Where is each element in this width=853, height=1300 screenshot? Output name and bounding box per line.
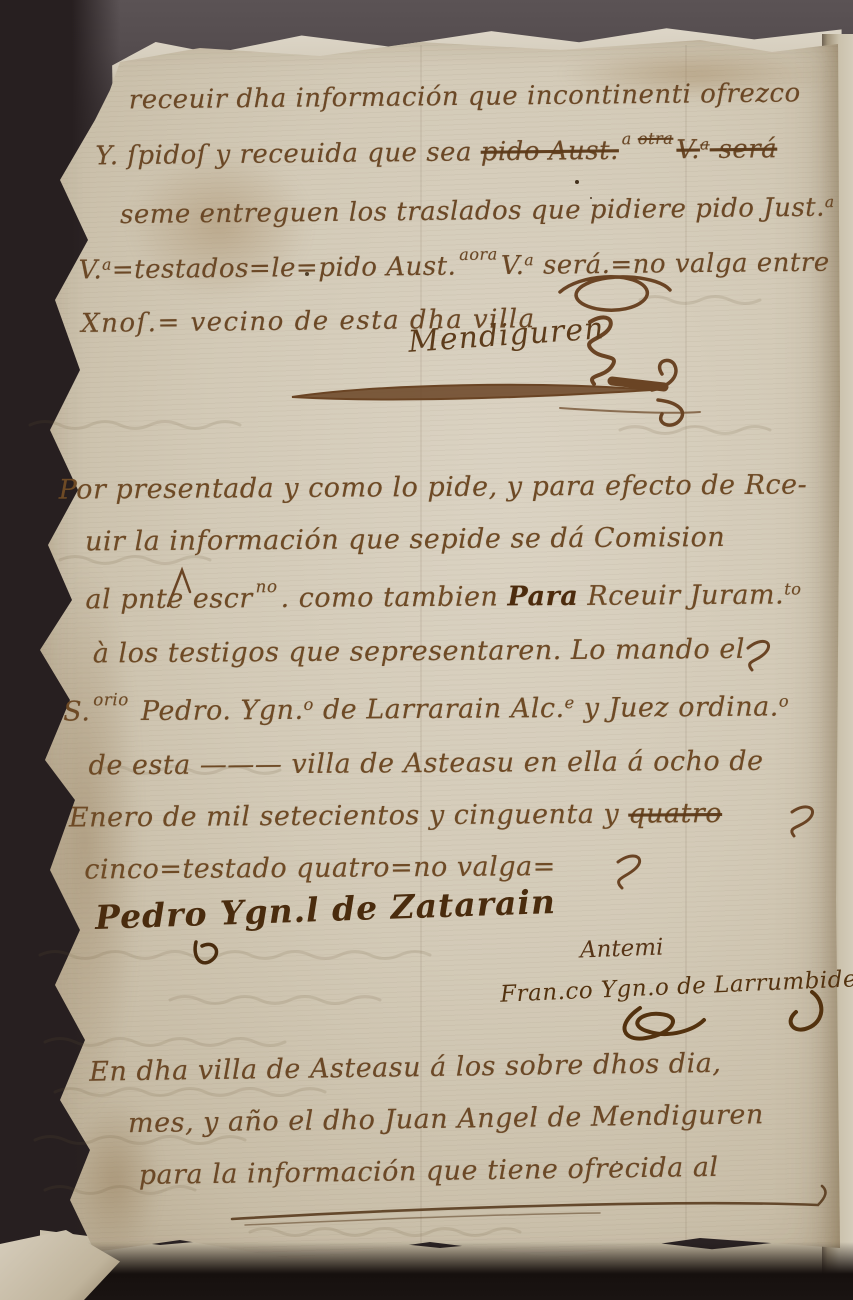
mendiguren-long-stroke bbox=[292, 385, 652, 400]
manuscript-text: seme entreguen los traslados que pidiere… bbox=[120, 192, 825, 229]
manuscript-line: Y. ſpidoſ y receuida que sea pido Aust.a… bbox=[95, 118, 834, 184]
manuscript-line: Enero de mil setecientos y cinguenta y q… bbox=[69, 787, 810, 844]
mendiguren-tail-curl bbox=[652, 360, 683, 425]
manuscript-text: Enero de mil setecientos y cinguenta y bbox=[69, 798, 629, 833]
manuscript-text: receuir dha información que incontinenti… bbox=[129, 78, 801, 115]
manuscript-line: uir la información que sepide se dá Comi… bbox=[85, 511, 808, 568]
manuscript-text: mes, y año el dho Juan Angel de Mendigur… bbox=[128, 1099, 764, 1139]
manuscript-text: para la información que tiene ofrecida a… bbox=[139, 1152, 719, 1191]
manuscript-text: a bbox=[524, 251, 534, 269]
manuscript-text: Pedro. Ygn. bbox=[132, 695, 304, 727]
manuscript-line: al pnte escrno. como tambien Para Rceuir… bbox=[85, 563, 808, 628]
manuscript-text: será.=no valga entre bbox=[534, 248, 830, 281]
manuscript-text: a bbox=[102, 256, 112, 274]
ante-mi-attestation: Antemi bbox=[580, 935, 664, 964]
manuscript-text: à los testigos que sepresentaren. Lo man… bbox=[93, 634, 745, 670]
shadow-under-page bbox=[0, 1242, 853, 1300]
struck-out-text: quatro bbox=[628, 798, 722, 830]
manuscript-text: de esta ——— villa de Asteasu en ella á o… bbox=[88, 746, 763, 782]
manuscript-text: S. bbox=[63, 696, 90, 727]
manuscript-text: Para bbox=[507, 581, 578, 612]
manuscript-text: En dha villa de Asteasu á los sobre dhos… bbox=[89, 1048, 722, 1088]
manuscript-text: e bbox=[565, 693, 575, 712]
zatarain-rubric-loop bbox=[195, 942, 216, 963]
manuscript-line: de esta ——— villa de Asteasu en ella á o… bbox=[88, 735, 809, 792]
manuscript-text: o bbox=[779, 691, 789, 710]
manuscript-text: a bbox=[825, 193, 835, 211]
mendiguren-stroke-blot bbox=[612, 381, 664, 387]
manuscript-text: Por presentada y como lo pide, y para ef… bbox=[59, 469, 808, 505]
manuscript-line: Por presentada y como lo pide, y para ef… bbox=[59, 459, 808, 516]
interlinear-insertion: a bbox=[621, 114, 632, 164]
interlinear-insertion: aora bbox=[459, 229, 498, 279]
manuscript-text: o bbox=[303, 695, 313, 714]
manuscript-text: y Juez ordina. bbox=[575, 691, 779, 723]
manuscript-text: al pnte escr bbox=[85, 583, 252, 615]
manuscript-text: V. bbox=[501, 251, 525, 281]
larrumbide-end-curl bbox=[791, 992, 822, 1030]
struck-out-text: V. bbox=[676, 135, 700, 165]
larrumbide-rubric bbox=[625, 1008, 704, 1039]
petition-closing-paragraph: receuir dha información que incontinenti… bbox=[77, 68, 837, 349]
manuscript-line: mes, y año el dho Juan Angel de Mendigur… bbox=[128, 1089, 765, 1150]
manuscript-line: receuir dha información que incontinenti… bbox=[129, 68, 834, 125]
manuscript-text: uir la información que sepide se dá Comi… bbox=[85, 522, 725, 557]
manuscript-text: de Larrarain Alc. bbox=[314, 693, 565, 726]
manuscript-line: à los testigos que sepresentaren. Lo man… bbox=[93, 623, 809, 680]
manuscript-text: =testados=le=pido Aust. bbox=[112, 252, 457, 286]
interlinear-insertion: orio bbox=[93, 673, 129, 725]
decree-paragraph: Por presentada y como lo pide, y para ef… bbox=[59, 459, 811, 896]
manuscript-line: S.orio Pedro. Ygn.o de Larrarain Alc.e y… bbox=[63, 675, 809, 740]
struck-out-text: pido Aust. bbox=[481, 136, 619, 167]
interlinear-insertion: no bbox=[255, 560, 277, 612]
manuscript-text: Y. ſpidoſ y receuida que sea bbox=[95, 137, 481, 171]
diligencia-paragraph: En dha villa de Asteasu á los sobre dhos… bbox=[89, 1037, 765, 1202]
manuscript-line: En dha villa de Asteasu á los sobre dhos… bbox=[89, 1037, 764, 1098]
manuscript-text: to bbox=[784, 579, 801, 598]
manuscript-line: para la información que tiene ofrecida a… bbox=[138, 1141, 765, 1202]
struck-out-text: será bbox=[710, 134, 778, 165]
manuscript-text: . como tambien bbox=[280, 581, 507, 614]
manuscript-text: Rceuir Juram. bbox=[578, 579, 784, 611]
manuscript-text: V. bbox=[78, 255, 102, 285]
struck-out-text: otra bbox=[638, 113, 674, 163]
manuscript-text: cinco=testado quatro=no valga= bbox=[84, 851, 556, 885]
photograph-of-manuscript: receuir dha información que incontinenti… bbox=[0, 0, 853, 1300]
manuscript-line: V.a=testados=le=pido Aust.aoraV.a será.=… bbox=[78, 232, 835, 298]
